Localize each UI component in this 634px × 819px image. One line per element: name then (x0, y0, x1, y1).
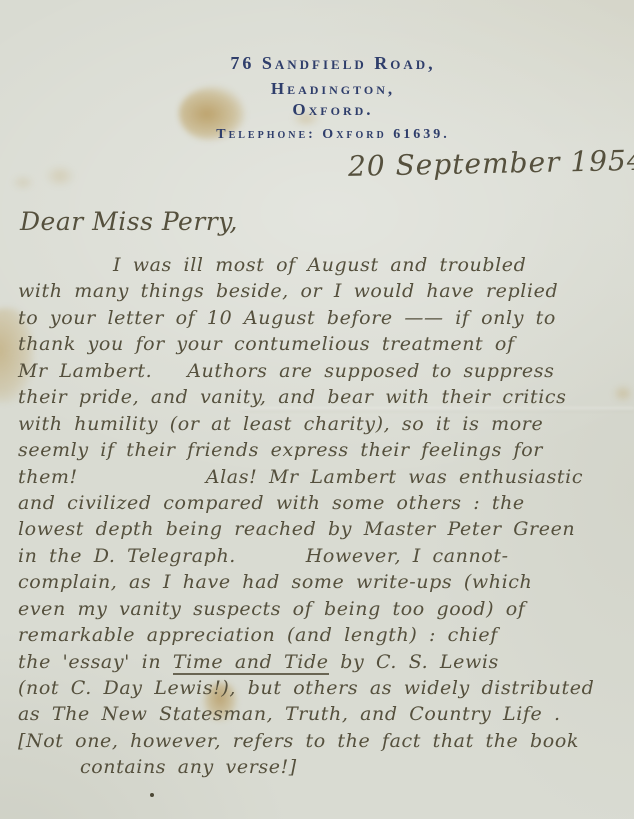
letterhead: 76 Sandfield Road, Headington, Oxford. T… (16, 53, 634, 143)
body-line: [Not one, however, refers to the fact th… (18, 728, 626, 754)
body-line: complain, as I have had some write-ups (… (18, 569, 626, 595)
body-line-pre: the 'essay' in (18, 651, 173, 673)
body-line: remarkable appreciation (and length) : c… (18, 622, 626, 648)
salutation: Dear Miss Perry, (20, 207, 238, 236)
letter-body: I was ill most of August and troubled wi… (18, 252, 626, 781)
letterhead-address-line1: 76 Sandfield Road, (16, 53, 634, 73)
body-line: seemly if their friends express their fe… (18, 437, 626, 463)
paper-stain (12, 175, 34, 190)
body-line: (not C. Day Lewis!), but others as widel… (18, 675, 626, 701)
ink-dot (150, 793, 154, 797)
body-line: even my vanity suspects of being too goo… (18, 596, 626, 622)
letterhead-address-line2: Headington, (16, 79, 634, 99)
body-line: thank you for your contumelious treatmen… (18, 331, 626, 357)
body-line: Mr Lambert. Authors are supposed to supp… (18, 358, 626, 384)
body-line: I was ill most of August and troubled (18, 252, 626, 278)
letter-date: 20 September 1954 (348, 144, 629, 183)
body-line: with humility (or at least charity), so … (18, 411, 626, 437)
underlined-title: Time and Tide (173, 651, 329, 675)
letterhead-address-line3: Oxford. (16, 100, 634, 120)
body-line: with many things beside, or I would have… (18, 278, 626, 304)
scanned-letter-page: 76 Sandfield Road, Headington, Oxford. T… (0, 0, 634, 819)
body-line: to your letter of 10 August before —— if… (18, 305, 626, 331)
paper-stain (45, 165, 75, 187)
letterhead-telephone: Telephone: Oxford 61639. (16, 127, 634, 143)
body-line: their pride, and vanity, and bear with t… (18, 384, 626, 410)
body-line: them! Alas! Mr Lambert was enthusiastic (18, 464, 626, 490)
body-line: as The New Statesman, Truth, and Country… (18, 701, 626, 727)
body-line: in the D. Telegraph. However, I cannot- (18, 543, 626, 569)
body-line-with-underline: the 'essay' in Time and Tide by C. S. Le… (18, 649, 626, 675)
body-line: and civilized compared with some others … (18, 490, 626, 516)
body-line: contains any verse!] (18, 754, 626, 780)
body-line-post: by C. S. Lewis (329, 651, 499, 673)
body-line: lowest depth being reached by Master Pet… (18, 516, 626, 542)
